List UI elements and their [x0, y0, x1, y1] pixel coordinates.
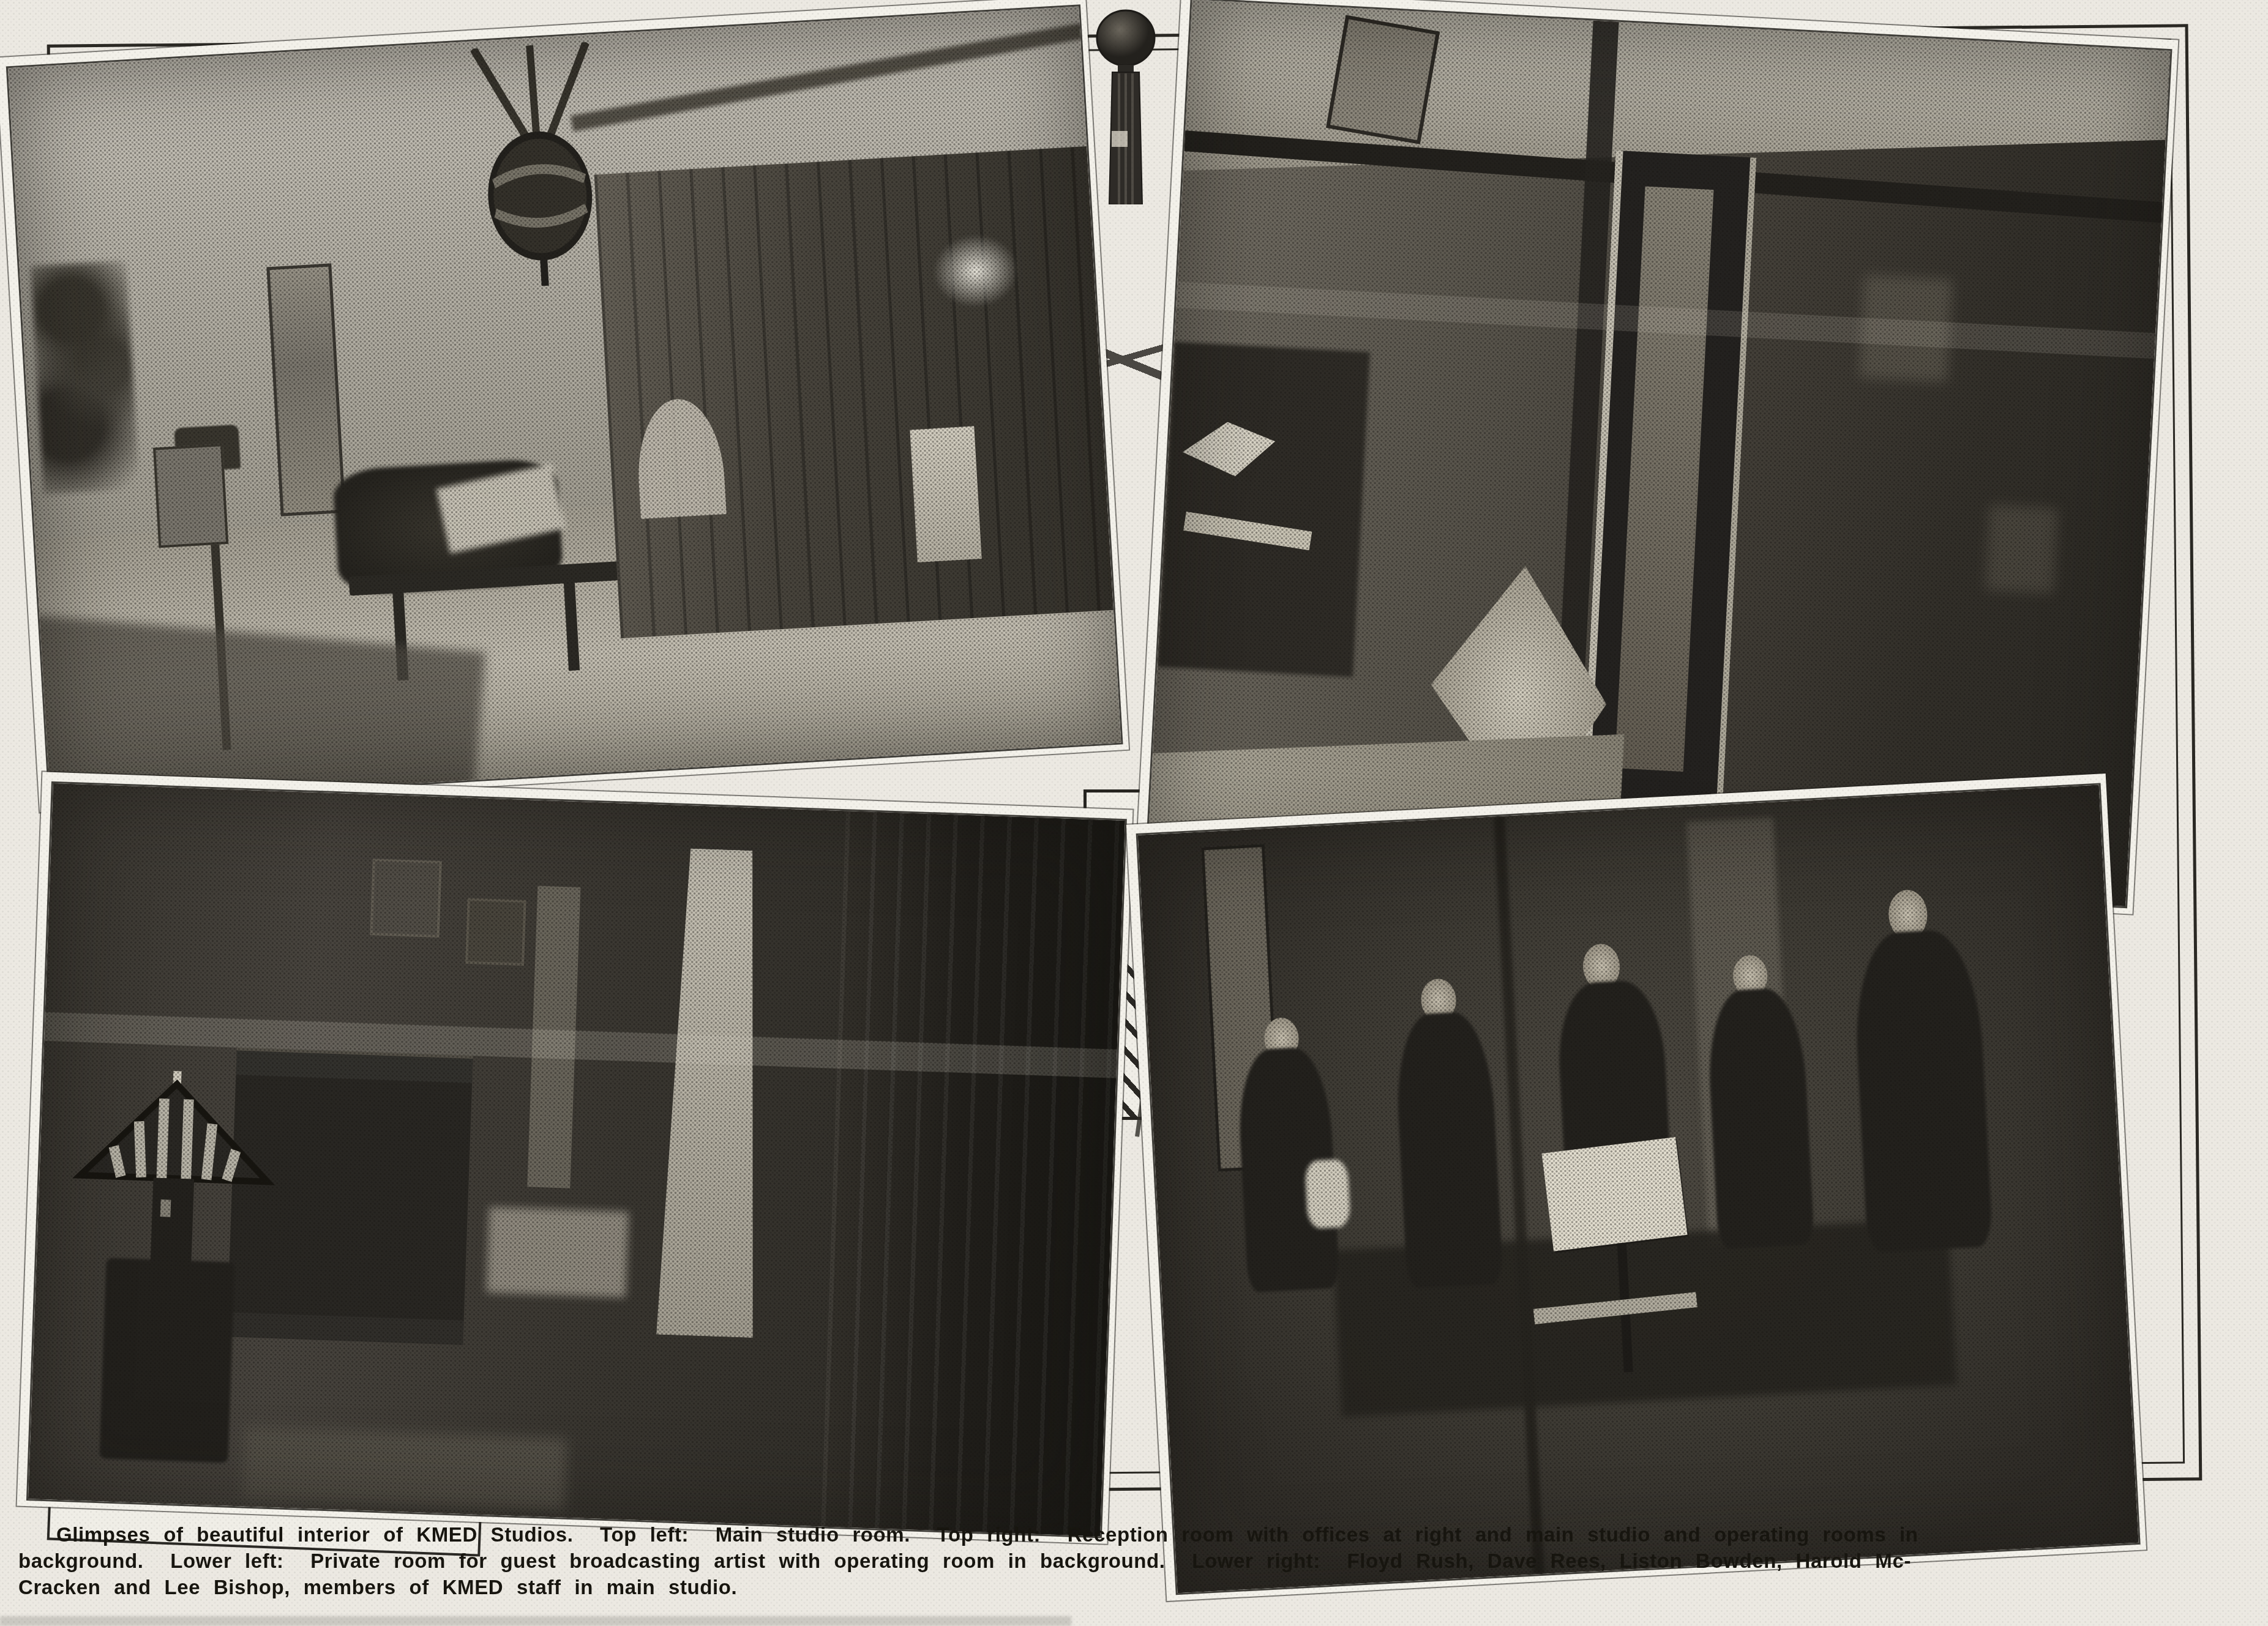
wall-light-glow: [930, 231, 1020, 310]
newel-post-icon: [1093, 9, 1158, 204]
sheet-music: [1541, 1137, 1687, 1251]
staff-group-image: [1136, 783, 2141, 1595]
photo-main-studio-room: [0, 0, 1129, 812]
small-framed-picture: [153, 444, 228, 548]
caption-line-2: background. Lower left: Private room for…: [18, 1548, 2253, 1574]
framed-picture: [370, 859, 441, 938]
newel-post-divider: [1093, 9, 1158, 204]
operating-room-glimpse: [486, 1207, 629, 1297]
private-room-image: [26, 781, 1127, 1538]
floor-highlight: [243, 1428, 567, 1510]
photo-private-room: [17, 772, 1133, 1543]
lamp-table: [99, 1258, 235, 1463]
main-studio-room-image: [6, 4, 1123, 806]
flower-stand: [30, 261, 140, 494]
caption-line-1: Glimpses of beautiful interior of KMED S…: [18, 1521, 2253, 1548]
newspaper-page: Glimpses of beautiful interior of KMED S…: [0, 0, 2268, 1626]
panelled-wall-and-piano: [594, 146, 1113, 638]
scan-smudge: [0, 1616, 1071, 1626]
framed-picture: [1326, 15, 1440, 144]
caption: Glimpses of beautiful interior of KMED S…: [18, 1521, 2253, 1600]
caption-line-3: Cracken and Lee Bishop, members of KMED …: [18, 1574, 2253, 1600]
photo-staff-group: [1126, 774, 2146, 1601]
framed-picture: [465, 898, 526, 966]
pagoda-lamp-icon: [68, 1064, 279, 1285]
white-shirt-highlight: [1304, 1158, 1351, 1229]
furniture-highlight: [1985, 505, 2058, 594]
reception-room-image: [1145, 0, 2172, 908]
dark-curtain: [821, 811, 1125, 1536]
white-pedestal: [910, 426, 981, 562]
desk-and-piano: [1157, 341, 1369, 677]
photo-reception-room: [1136, 0, 2179, 914]
